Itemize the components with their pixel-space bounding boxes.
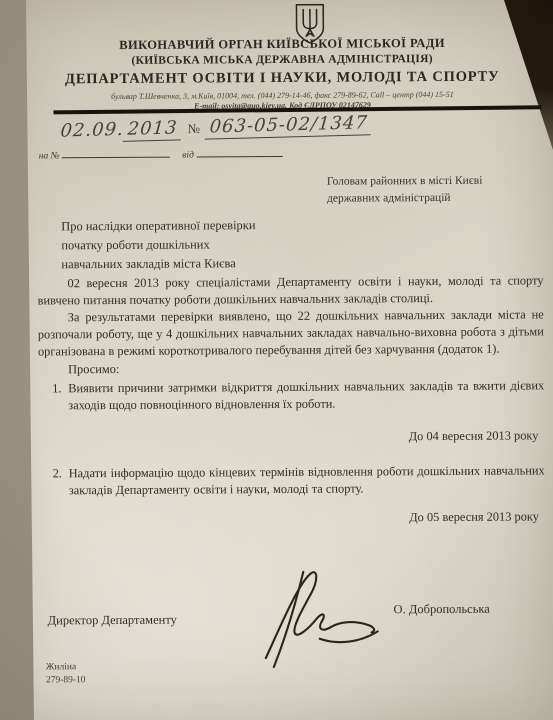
reply-date-blank: [196, 146, 282, 158]
recipient-line1: Головам районних в місті Києві: [327, 173, 483, 191]
subject-line3: навчальних закладів міста Києва: [61, 254, 255, 274]
letter-content: ВИКОНАВЧИЙ ОРГАН КИЇВСЬКОЇ МІСЬКОЇ РАДИ …: [0, 0, 553, 720]
deadline-1: До 04 вересня 2013 року: [38, 427, 544, 447]
subject-line1: Про наслідки оперативної перевірки: [61, 216, 255, 236]
letter-body: 02 вересня 2013 року спеціалістами Депар…: [37, 272, 545, 528]
reply-from-label: від: [182, 151, 194, 161]
item-1-text: Виявити причини затримки відкриття дошкі…: [68, 377, 544, 414]
photographed-letter: { "colors": { "paper": "#d6d1c3", "ink":…: [0, 0, 553, 720]
request-item-2: 2. Надати інформацію щодо кінцевих термі…: [39, 462, 545, 499]
org-name-line2: (КИЇВСЬКА МІСЬКА ДЕРЖАВНА АДМІНІСТРАЦІЯ): [38, 51, 526, 68]
item-2-text: Надати інформацію щодо кінцевих термінів…: [69, 462, 545, 499]
body-paragraph-2: За результатами перевірки виявлено, що 2…: [38, 307, 544, 361]
number-sign: №: [187, 121, 200, 136]
request-item-1: 1. Виявити причини затримки відкриття до…: [38, 377, 544, 414]
body-paragraph-1: 02 вересня 2013 року спеціалістами Депар…: [37, 272, 543, 309]
item-1-number: 1.: [38, 380, 68, 414]
signer-name: О. Добропольська: [393, 602, 489, 618]
handwritten-number: 063-05-02/1347: [205, 112, 373, 140]
recipient-line2: державних адміністрацій: [327, 190, 483, 208]
item-2-number: 2.: [39, 465, 69, 499]
reply-number-blank: [62, 147, 170, 159]
department-name: ДЕПАРТАМЕНТ ОСВІТИ І НАУКИ, МОЛОДІ ТА СП…: [38, 68, 526, 88]
letterhead: ВИКОНАВЧИЙ ОРГАН КИЇВСЬКОЇ МІСЬКОЇ РАДИ …: [38, 35, 526, 111]
executor-name: Жиліна: [46, 661, 86, 675]
registration-line: 02.09.2013 № 063-05-02/1347: [60, 112, 372, 143]
deadline-2: До 05 вересня 2013 року: [39, 509, 545, 529]
signer-title: Директор Департаменту: [48, 613, 177, 629]
request-intro: Просимо:: [38, 358, 544, 378]
recipient-block: Головам районних в місті Києві державних…: [327, 173, 483, 208]
reply-reference-line: на № від: [39, 146, 283, 161]
signature-icon: [249, 569, 390, 670]
executor-block: Жиліна 279-89-10: [46, 661, 86, 688]
handwritten-date: 02.09.: [60, 119, 125, 142]
handwritten-year: 2013: [123, 117, 183, 142]
reply-label: на №: [39, 151, 60, 161]
subject-block: Про наслідки оперативної перевірки почат…: [61, 216, 256, 273]
executor-phone: 279-89-10: [46, 674, 86, 688]
subject-line2: початку роботи дошкільних: [61, 235, 255, 255]
